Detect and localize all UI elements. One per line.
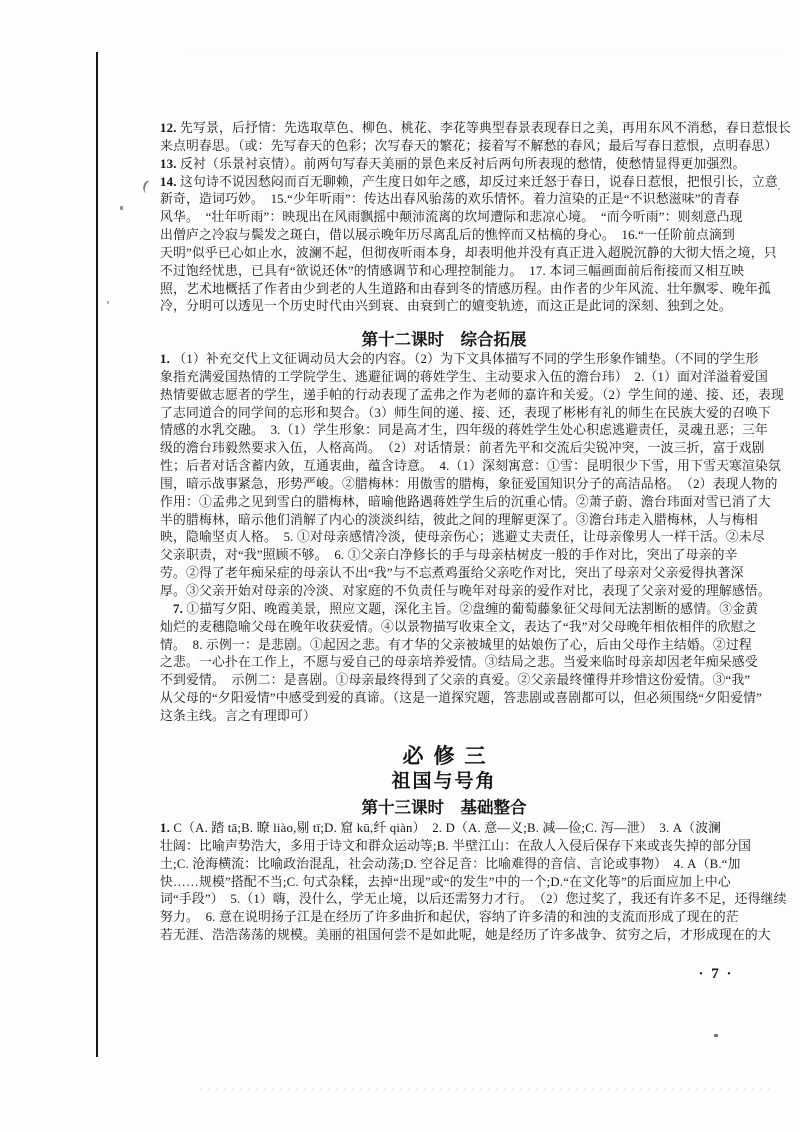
text-line: 7. ①描写夕阳、晚霞美景，照应文题，深化主旨。②盘缠的葡萄藤象征父母间无法割断… xyxy=(160,601,728,619)
text-line: 若无涯、浩浩荡荡的规模。美丽的祖国何尝不是如此呢，她是经历了许多战争、贫穷之后，… xyxy=(160,927,728,945)
text-line: 出僧庐之冷寂与鬓发之斑白，借以展示晚年历尽离乱后的憔悴而又枯槁的身心。 16.“… xyxy=(160,227,728,245)
text-line: 情。 8. 示例一：是悲剧。①起因之悲。有才华的父亲被城里的姑娘伤了心，后由父母… xyxy=(160,637,728,655)
text-line: 风华。 “壮年听雨”：映现出在风雨飘摇中颠沛流离的坎坷遭际和悲凉心境。 “而今听… xyxy=(160,209,728,227)
text-line: 14. 这句诗不说因愁闷而百无聊赖，产生度日如年之感，却反过来迁怒于春日，说春日… xyxy=(160,174,728,192)
text-line: 快……规模”搭配不当;C. 句式杂糅，去掉“出现”或“的发生”中的一个;D.“在… xyxy=(160,874,728,892)
text-line: 1. C（A. 踏 tā;B. 瞭 liào,剔 tī;D. 窟 kū,纤 qi… xyxy=(160,820,728,838)
text-line: 不到爱情。 示例二：是喜剧。①母亲最终得到了父亲的真爱。②父亲最终懂得并珍惜这份… xyxy=(160,672,728,690)
text-line: 天明”似乎已心如止水，波澜不起，但彻夜听雨本身，却表明他并没有真正进入超脱沉静的… xyxy=(160,245,728,263)
text-line: 象指充满爱国热情的工学院学生、逃避征调的蒋姓学生、主动要求入伍的澹台玮） 2.（… xyxy=(160,369,728,387)
text-line: 冷，分明可以透见一个历史时代由兴到衰、由衰到亡的嬗变轨迹，而这正是此词的深刻、独… xyxy=(160,298,728,316)
text-line: 半的腊梅林，暗示他们消解了内心的淡淡纠结，彼此之间的理解更深了。③澹台玮走入腊梅… xyxy=(160,512,728,530)
answers-items-1-8-comprehensive: 1. （1）补充交代上文征调动员大会的内容。（2）为下文具体描写不同的学生形象作… xyxy=(160,351,728,726)
scan-noise-row-bottom xyxy=(200,1088,775,1089)
text-line: 围，暗示战事紧急，形势严峻。②腊梅林：用傲雪的腊梅，象征爱国知识分子的高洁品格。… xyxy=(160,476,728,494)
text-line: 努力。 6. 意在说明扬子江是在经历了许多曲折和起伏，容纳了许多清的和浊的支流而… xyxy=(160,909,728,927)
unit-title-bixiu3: 必修三 xyxy=(160,744,728,768)
text-line: 新奇，造词巧妙。 15.“少年听雨”：传达出春风骀荡的欢乐情怀。着力渲染的正是“… xyxy=(160,191,728,209)
text-line: 映，隐喻坚贞人格。 5. ①对母亲感情冷淡，使母亲伤心；逃避丈夫责任，让母亲像男… xyxy=(160,529,728,547)
scan-artifact xyxy=(120,206,123,210)
text-line: 灿烂的麦穗隐喻父母在晚年收获爱情。④以景物描写收束全文，表达了“我”对父母晚年相… xyxy=(160,619,728,637)
lesson13-section-header: 第十三课时 基础整合 xyxy=(160,797,728,819)
text-line: 照，艺术地概括了作者由少到老的人生道路和由春到冬的情感历程。由作者的少年风流、壮… xyxy=(160,281,728,299)
text-line: 作用：①孟弗之见到雪白的腊梅林，暗喻他路遇蒋姓学生后的沉重心情。②萧子蔚、澹台玮… xyxy=(160,494,728,512)
text-line: 不过饱经忧患，已具有“欲说还休”的情感调节和心理控制能力。 17. 本词三幅画面… xyxy=(160,263,728,281)
text-line: 13. 反衬（乐景衬哀情）。前两句写春天美丽的景色来反衬后两句所表现的愁情，使愁… xyxy=(160,156,728,174)
text-line: 来点明春思。（或：先写春天的色彩；次写春天的繁花；接着写不解愁的春风；最后写春日… xyxy=(160,138,728,156)
scanned-page: 12. 先写景，后抒情：先选取草色、柳色、桃花、李花等典型春景表现春日之美，再用… xyxy=(0,0,800,1132)
answers-items-12-17: 12. 先写景，后抒情：先选取草色、柳色、桃花、李花等典型春景表现春日之美，再用… xyxy=(160,120,728,316)
scan-artifact xyxy=(141,179,156,195)
text-line: 级的澹台玮毅然要求入伍，人格高尚。 （2）对话情景：前者先平和交流后尖锐冲突，一… xyxy=(160,440,728,458)
chapter-title-zuguo-yu-haojiao: 祖国与号角 xyxy=(160,770,728,793)
scan-artifact xyxy=(107,301,109,304)
book-spine-line xyxy=(96,52,98,1057)
text-line: 性；后者对话含蓄内敛，互通衷曲，蕴含诗意。 4.（1）深刻寓意：①雪：昆明很少下… xyxy=(160,458,728,476)
scan-artifact xyxy=(778,188,780,190)
text-line: 1. （1）补充交代上文征调动员大会的内容。（2）为下文具体描写不同的学生形象作… xyxy=(160,351,728,369)
lesson12-section-header: 第十二课时 综合拓展 xyxy=(160,329,728,351)
text-line: 这条主线。言之有理即可） xyxy=(160,708,728,726)
scan-artifact xyxy=(714,1034,718,1037)
text-line: 情感的水乳交融。 3.（1）学生形象：同是高才生，四年级的蒋姓学生处心积虑逃避责… xyxy=(160,422,728,440)
text-line: 词“手段”） 5.（1）嗨，没什么，学无止境，以后还需努力才行。 （2）您过奖了… xyxy=(160,891,728,909)
text-line: 了志同道合的同学间的忘形和契合。（3）师生间的递、接、还，表现了彬彬有礼的师生在… xyxy=(160,405,728,423)
page-number: · 7 · xyxy=(685,966,747,983)
text-line: 劳。②得了老年痴呆症的母亲认不出“我”与不忘煮鸡蛋给父亲吃作对比，突出了母亲对父… xyxy=(160,565,728,583)
text-line: 热情要做志愿者的学生，递手帕的行动表现了孟弗之作为老师的嘉许和关爱。（2）学生间… xyxy=(160,387,728,405)
text-line: 12. 先写景，后抒情：先选取草色、柳色、桃花、李花等典型春景表现春日之美，再用… xyxy=(160,120,728,138)
text-line: 土;C. 沧海横流：比喻政治混乱，社会动荡;D. 空谷足音：比喻难得的音信、言论… xyxy=(160,856,728,874)
text-line: 壮阔：比喻声势浩大，多用于诗文和群众运动等;B. 半壁江山：在敌人入侵后保存下来… xyxy=(160,838,728,856)
answers-items-1-6-basics: 1. C（A. 踏 tā;B. 瞭 liào,剔 tī;D. 窟 kū,纤 qi… xyxy=(160,820,728,945)
text-line: 从父母的“夕阳爱情”中感受到爱的真谛。（这是一道探究题，答悲剧或喜剧都可以，但必… xyxy=(160,690,728,708)
text-line: 父亲职责，对“我”照顾不够。 6. ①父亲白净修长的手与母亲枯树皮一般的手作对比… xyxy=(160,547,728,565)
scan-noise-row-top xyxy=(185,50,785,51)
text-line: 之悲。一心扑在工作上，不愿与爱自己的母亲培养爱情。③结局之悲。当爱来临时母亲却因… xyxy=(160,654,728,672)
text-line: 厚。③父亲开始对母亲的冷淡、对家庭的不负责任与晚年对母亲的爱作对比，表现了父亲对… xyxy=(160,583,728,601)
